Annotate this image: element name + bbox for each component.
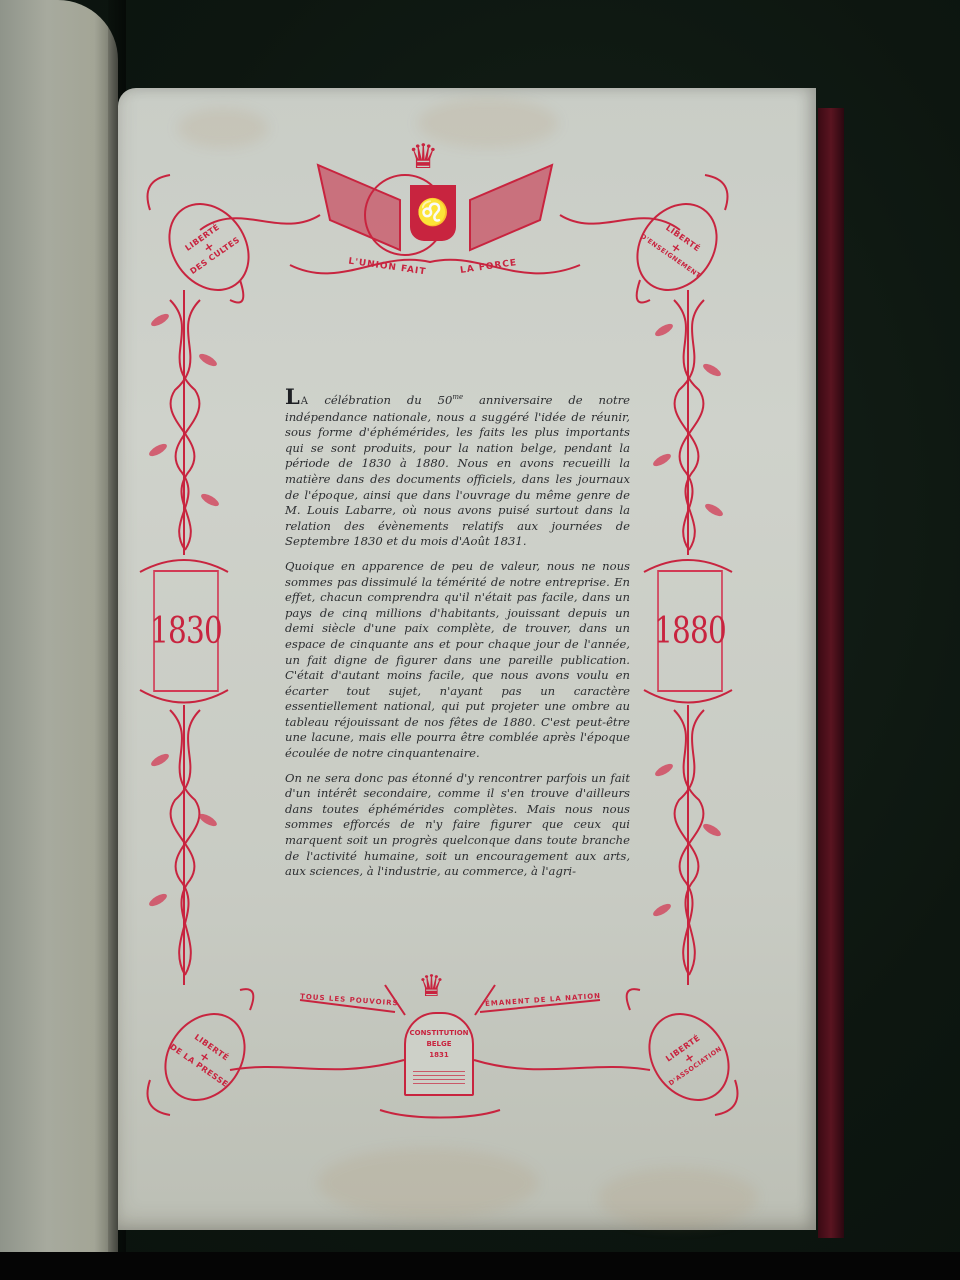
tablet-lines <box>413 1068 465 1086</box>
tablet-subtitle: BELGE <box>406 1039 472 1050</box>
bottom-shadow <box>0 1252 960 1280</box>
royal-crown-icon: ♛ <box>408 140 438 174</box>
year-cartouche-1830: 1830 <box>153 570 219 692</box>
preface-text: LA célébration du 50me anniversaire de n… <box>285 386 630 889</box>
paragraph-1: LA célébration du 50me anniversaire de n… <box>285 386 630 550</box>
tablet-year: 1831 <box>406 1050 472 1061</box>
lion-shield-icon: ♌ <box>410 185 456 241</box>
paragraph-2: Quoique en apparence de peu de valeur, n… <box>285 559 630 762</box>
year-cartouche-1880: 1880 <box>657 570 723 692</box>
paragraph-3: On ne sera donc pas étonné d'y rencontre… <box>285 771 630 880</box>
crown-icon: ♛ <box>418 972 445 1002</box>
constitution-tablet: CONSTITUTION BELGE 1831 <box>404 1012 474 1096</box>
tablet-title: CONSTITUTION <box>406 1028 472 1039</box>
drop-cap: L <box>285 384 300 409</box>
lion-icon: ♌ <box>417 198 449 228</box>
